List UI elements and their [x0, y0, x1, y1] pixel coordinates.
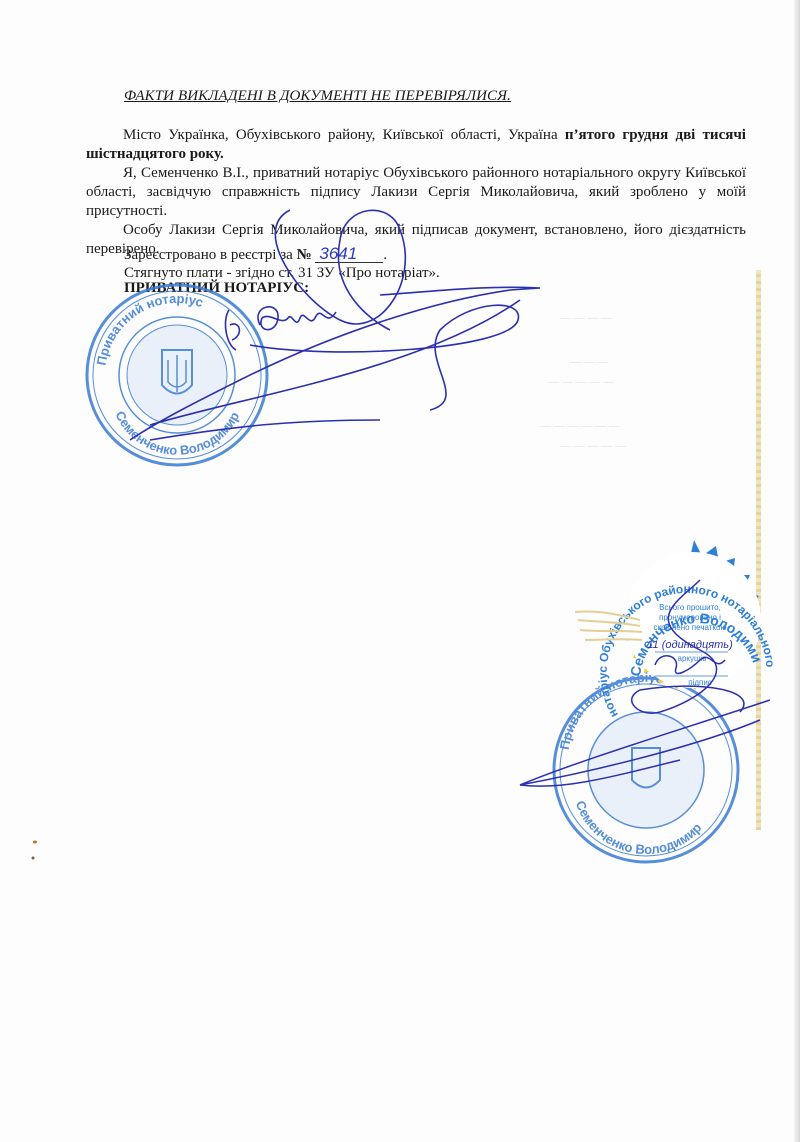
binding-seal-sign-label: підпис — [688, 678, 712, 687]
binding-seal-icon: нотаріус Обухівського районного нотаріал… — [0, 0, 778, 720]
document-page: — — — — — — — — — — — — — — — — — — — — … — [0, 0, 800, 1142]
registry-line: Зареєстровано в реєстрі за № 3641. — [124, 245, 387, 265]
registry-number: 3641 — [315, 245, 383, 263]
notary-seal-lower-icon: Приватний нотаріус Семенченко Володимир — [554, 670, 738, 862]
binding-seal-line2: пронумеровано і — [659, 613, 721, 622]
svg-text:нотаріус Обухівського районног: нотаріус Обухівського районного нотаріал… — [596, 582, 778, 720]
svg-text:Приватний нотаріус: Приватний нотаріус — [94, 291, 205, 367]
thread-ends — [575, 612, 642, 640]
certification-text: Я, Семенченко В.І., приватний нотаріус О… — [86, 165, 746, 219]
show-through-text: — — — — — — [560, 440, 626, 452]
binding-thread — [756, 270, 761, 830]
notary-title: ПРИВАТНИЙ НОТАРІУС: — [124, 280, 309, 297]
binding-seal-line3: скріплено печаткою — [654, 623, 727, 632]
svg-text:Семенченко Володимир: Семенченко Володимир — [573, 798, 705, 857]
registry-label: Зареєстровано в реєстрі за — [124, 247, 293, 263]
binding-seal-count: 11 (одинадцять) — [647, 639, 733, 651]
place-date-paragraph: Місто Українка, Обухівського району, Киї… — [86, 126, 746, 164]
paper-specks — [32, 841, 38, 860]
binding-seal-count-label: аркушів — [678, 654, 707, 663]
certification-paragraph: Я, Семенченко В.І., приватний нотаріус О… — [86, 164, 746, 221]
number-sign: № — [297, 247, 312, 263]
page-edge — [794, 0, 800, 1142]
svg-text:Приватний нотаріус: Приватний нотаріус — [557, 670, 665, 751]
notary-seal-icon: Приватний нотаріус Семенченко Володимир — [87, 285, 267, 465]
show-through-text: — — — — — — — [540, 420, 620, 432]
svg-text:Семенченко Володимир: Семенченко Володимир — [112, 408, 242, 457]
registry-period: . — [383, 247, 387, 263]
place-text: Місто Українка, Обухівського району, Киї… — [123, 127, 565, 143]
show-through-text: — — — — — — [548, 376, 614, 388]
disclaimer-heading: ФАКТИ ВИКЛАДЕНІ В ДОКУМЕНТІ НЕ ПЕРЕВІРЯЛ… — [124, 88, 511, 105]
show-through-text: — — — — — [560, 312, 612, 324]
binding-signature — [520, 580, 770, 786]
show-through-text: — — — — [570, 356, 609, 368]
binding-seal-line1: Всього прошито, — [659, 603, 721, 612]
